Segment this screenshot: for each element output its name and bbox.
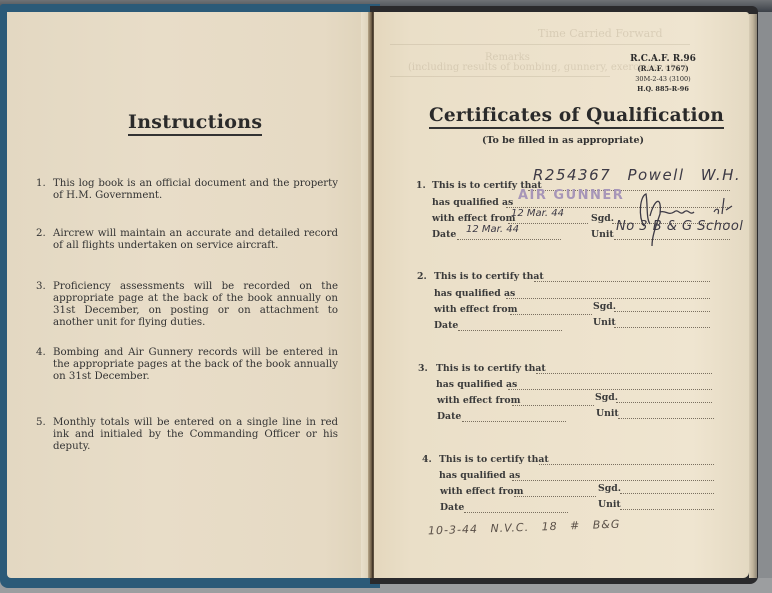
- cert-2-effect-label: with effect from: [434, 304, 517, 315]
- cert-4-sgd-line: [620, 493, 714, 494]
- right-page-edge: [749, 14, 757, 578]
- certificates-subtitle: (To be filled in as appropriate): [482, 135, 644, 146]
- cert-2-unit-label: Unit: [593, 317, 616, 328]
- cert-1-effect-line: [508, 223, 588, 224]
- cert-1-qualified-label: has qualified as: [432, 197, 513, 208]
- cert-3-date-label: Date: [437, 411, 461, 422]
- cert-4-qualified-line: [512, 480, 714, 481]
- form-code-line2: (R.A.F. 1767): [618, 64, 708, 74]
- instruction-number: 3.: [36, 281, 53, 329]
- cert-3-qualified-label: has qualified as: [436, 379, 517, 390]
- cert-2-qualified-label: has qualified as: [434, 288, 515, 299]
- cert-3-unit-line: [618, 418, 714, 419]
- ghost-line: [390, 76, 610, 77]
- cert-3-sgd-line: [616, 402, 712, 403]
- cert-3-effect-label: with effect from: [437, 395, 520, 406]
- cert-2-sgd-label: Sgd.: [593, 301, 616, 312]
- cert-1-sgd-label: Sgd.: [591, 213, 614, 224]
- cert-4-certify-label: This is to certify that: [439, 454, 549, 465]
- cert-4-sgd-label: Sgd.: [598, 483, 621, 494]
- cert-1-unit-label: Unit: [591, 229, 614, 240]
- cert-2-date-line: [458, 330, 562, 331]
- cert-2-sgd-line: [614, 311, 710, 312]
- cert-2-qualified-line: [506, 298, 710, 299]
- cert-2-certify-line: [534, 281, 710, 282]
- form-code: R.C.A.F. R.96 (R.A.F. 1767) 30M-2-43 (31…: [618, 54, 708, 94]
- form-code-line1: R.C.A.F. R.96: [618, 54, 708, 64]
- cert-4-certify-line: [539, 464, 714, 465]
- instruction-number: 2.: [36, 228, 53, 252]
- cert-1-qualified-stamp: AIR GUNNER: [518, 188, 624, 203]
- cert-4-date-line: [464, 512, 568, 513]
- cert-1-date-line: [457, 239, 561, 240]
- cert-2-number: 2.: [417, 271, 427, 282]
- instruction-text: Bombing and Air Gunnery records will be …: [53, 347, 338, 383]
- cert-4-unit-line: [620, 509, 714, 510]
- cert-1-effect-value: 12 Mar. 44: [511, 208, 564, 219]
- ghost-line: [390, 44, 690, 45]
- cert-1-effect-label: with effect from: [432, 213, 515, 224]
- cert-4-effect-label: with effect from: [440, 486, 523, 497]
- cert-2-date-label: Date: [434, 320, 458, 331]
- cert-3-qualified-line: [508, 389, 712, 390]
- instruction-text: This log book is an official document an…: [53, 178, 338, 202]
- cert-2-effect-line: [510, 314, 592, 315]
- form-code-line3: 30M-2-43 (3100): [618, 74, 708, 84]
- cert-2-certify-label: This is to certify that: [434, 271, 544, 282]
- instruction-text: Monthly totals will be entered on a sing…: [53, 417, 338, 453]
- certificates-title: Certificates of Qualification: [429, 105, 724, 129]
- cert-4-effect-line: [514, 496, 596, 497]
- cert-3-date-line: [462, 421, 566, 422]
- instruction-item: 2. Aircrew will maintain an accurate and…: [36, 228, 338, 252]
- cert-1-unit-line: [614, 239, 730, 240]
- cert-1-unit-value: No 3 B & G School: [616, 219, 743, 234]
- cert-3-certify-label: This is to certify that: [436, 363, 546, 374]
- cert-4-unit-label: Unit: [598, 499, 621, 510]
- cert-4-date-label: Date: [440, 502, 464, 513]
- cert-4-qualified-label: has qualified as: [439, 470, 520, 481]
- instruction-item: 5. Monthly totals will be entered on a s…: [36, 417, 338, 453]
- cert-3-effect-line: [512, 405, 594, 406]
- cert-1-date-label: Date: [432, 229, 456, 240]
- cert-3-number: 3.: [418, 363, 428, 374]
- cert-3-sgd-label: Sgd.: [595, 392, 618, 403]
- instruction-item: 1. This log book is an official document…: [36, 178, 338, 202]
- instructions-title: Instructions: [128, 111, 262, 136]
- instruction-item: 3. Proficiency assessments will be recor…: [36, 281, 338, 329]
- instruction-item: 4. Bombing and Air Gunnery records will …: [36, 347, 338, 383]
- instruction-text: Aircrew will maintain an accurate and de…: [53, 228, 338, 252]
- instruction-number: 5.: [36, 417, 53, 453]
- cert-1-certify-value: R254367 Powell W.H.: [533, 166, 741, 184]
- cert-3-unit-label: Unit: [596, 408, 619, 419]
- cert-4-number: 4.: [422, 454, 432, 465]
- form-code-line4: H.Q. 885-R-96: [618, 84, 708, 94]
- cert-3-certify-line: [536, 373, 712, 374]
- cert-1-date-value: 12 Mar. 44: [466, 224, 519, 235]
- instruction-number: 1.: [36, 178, 53, 202]
- cert-1-number: 1.: [416, 180, 426, 191]
- instruction-text: Proficiency assessments will be recorded…: [53, 281, 338, 329]
- instruction-number: 4.: [36, 347, 53, 383]
- cert-2-unit-line: [614, 327, 710, 328]
- ghost-header: Time Carried Forward: [538, 27, 663, 40]
